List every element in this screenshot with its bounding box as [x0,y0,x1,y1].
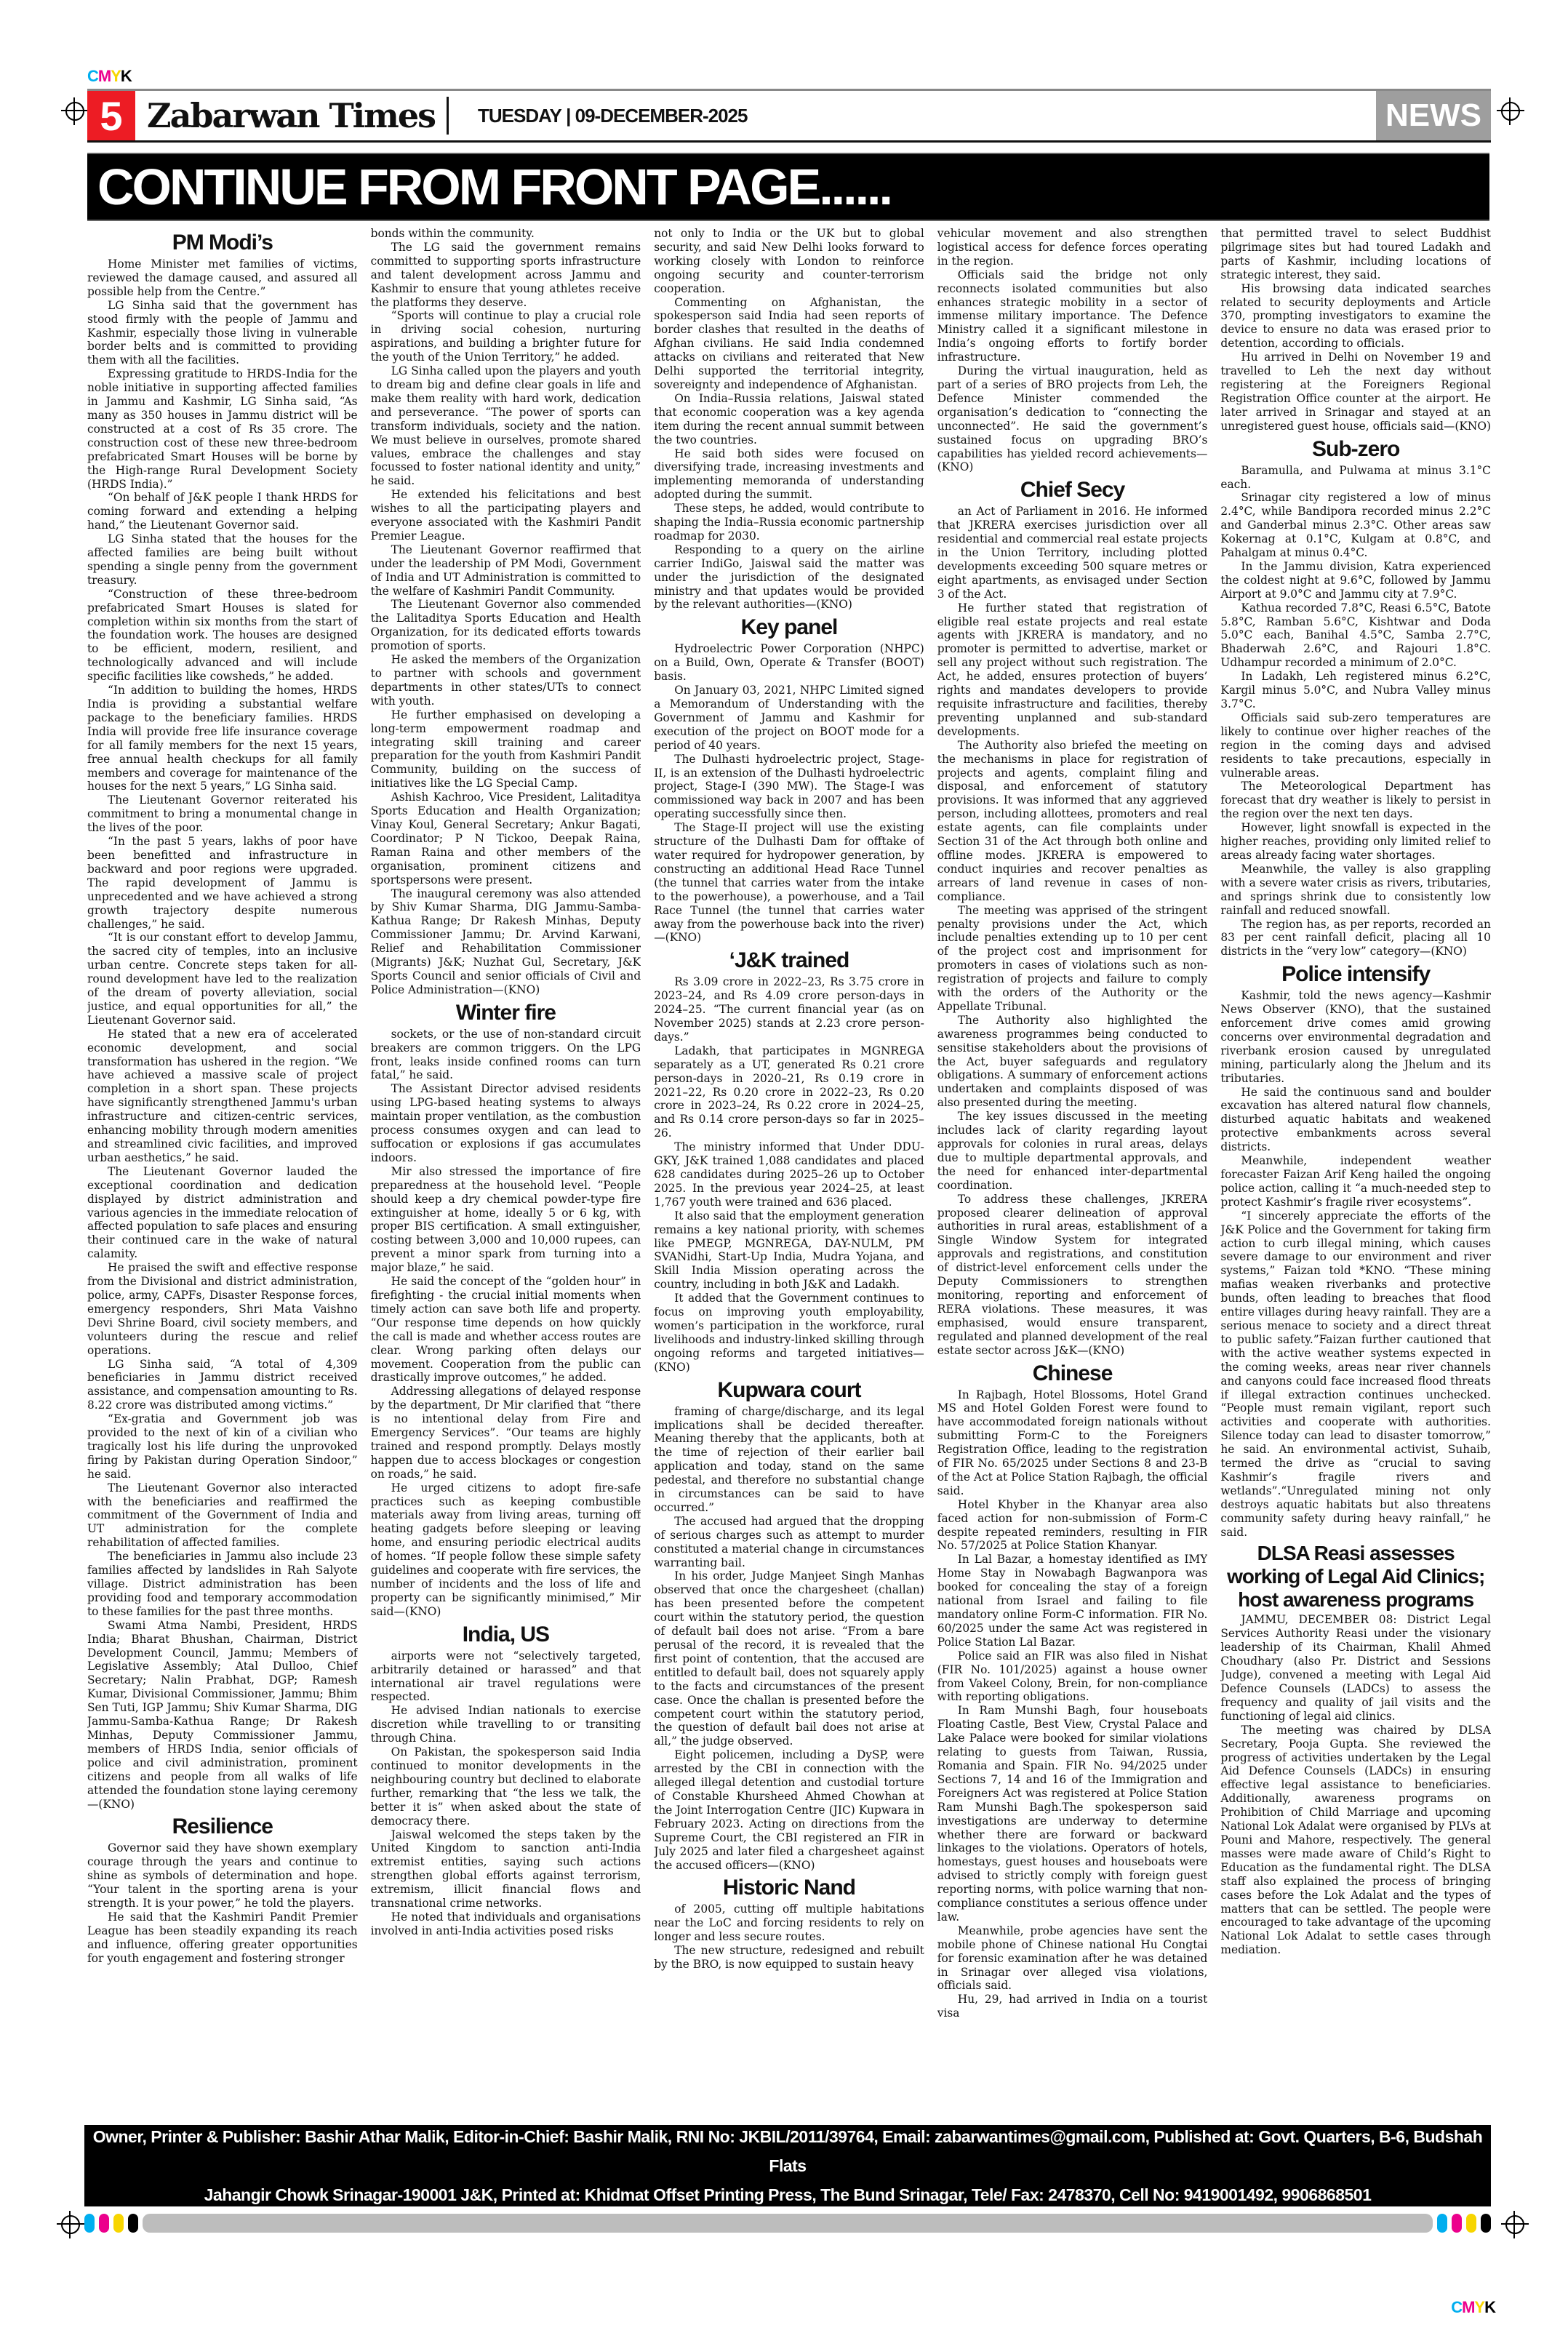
article-paragraph: It also said that the employment generat… [654,1209,924,1292]
article-paragraph: vehicular movement and also strengthen l… [937,227,1208,268]
article-paragraph: “In the past 5 years, lakhs of poor have… [87,835,358,931]
black-dot [128,2214,138,2233]
article-paragraph: He asked the members of the Organization… [371,653,641,708]
article-paragraph: He extended his felicitations and best w… [371,488,641,543]
article-paragraph: “Construction of these three-bedroom pre… [87,588,358,684]
article-paragraph: In Lal Bazar, a homestay identified as I… [937,1553,1208,1649]
article-headline: Sub-zero [1220,436,1491,463]
article-paragraph: The Authority also briefed the meeting o… [937,739,1208,904]
article-paragraph: These steps, he added, would contribute … [654,502,924,543]
article-paragraph: LG Sinha said, “A total of 4,309 benefic… [87,1358,358,1413]
article-paragraph: of 2005, cutting off multiple habitation… [654,1902,924,1944]
article-paragraph: He said that the Kashmiri Pandit Premier… [87,1910,358,1966]
article-paragraph: The ministry informed that Under DDU-GKY… [654,1140,924,1209]
magenta-dot [1452,2214,1462,2233]
dateline: TUESDAY | 09-DECEMBER-2025 [449,91,1376,140]
cmyk-mark-top: CMYK [87,67,132,86]
article-paragraph: Officials said sub-zero temperatures are… [1220,711,1491,780]
article-paragraph: Governor said they have shown exemplary … [87,1841,358,1910]
column-4: vehicular movement and also strengthen l… [937,227,1208,2096]
article-paragraph: Mir also stressed the importance of fire… [371,1165,641,1275]
grey-bar [143,2214,1433,2233]
article-paragraph: Kashmir, told the news agency—Kashmir Ne… [1220,989,1491,1085]
article-paragraph: Kathua recorded 7.8°C, Reasi 6.5°C, Bato… [1220,601,1491,671]
article-paragraph: airports were not “selectively targeted,… [371,1649,641,1705]
imprint-line-1: Owner, Printer & Publisher: Bashir Athar… [84,2122,1491,2180]
article-paragraph: Srinagar city registered a low of minus … [1220,491,1491,560]
article-paragraph: He said the continuous sand and boulder … [1220,1086,1491,1155]
day-label: TUESDAY [478,105,561,127]
magenta-dot [99,2214,109,2233]
registration-mark-icon [65,102,84,121]
article-paragraph: Addressing allegations of delayed respon… [371,1385,641,1481]
article-paragraph: In Ladakh, Leh registered minus 6.2°C, K… [1220,670,1491,711]
article-paragraph: He praised the swift and effective respo… [87,1261,358,1357]
article-paragraph: The new structure, redesigned and rebuil… [654,1944,924,1972]
article-paragraph: Police said an FIR was also filed in Nis… [937,1649,1208,1705]
article-headline: India, US [371,1622,641,1648]
article-paragraph: In the Jammu division, Katra experienced… [1220,560,1491,601]
article-columns: PM Modi’sHome Minister met families of v… [87,227,1491,2096]
page-number: 5 [87,91,135,140]
column-5: that permitted travel to select Buddhist… [1220,227,1491,2096]
article-paragraph: Hydroelectric Power Corporation (NHPC) o… [654,642,924,684]
article-paragraph: He further emphasised on developing a lo… [371,708,641,791]
article-headline: Winter fire [371,1000,641,1026]
cmyk-m: M [1462,2298,1474,2316]
cmyk-mark-bottom: CMYK [1451,2298,1495,2317]
article-paragraph: Rs 3.09 crore in 2022–23, Rs 3.75 crore … [654,975,924,1044]
article-paragraph: “It is our constant effort to develop Ja… [87,931,358,1027]
article-paragraph: On January 03, 2021, NHPC Limited signed… [654,684,924,753]
article-headline: PM Modi’s [87,230,358,256]
page-banner: CONTINUE FROM FRONT PAGE...... [87,153,1489,221]
registration-mark-icon [1505,2215,1524,2234]
cmyk-m: M [98,67,111,85]
article-paragraph: Swami Atma Nambi, President, HRDS India;… [87,1619,358,1812]
article-paragraph: The Assistant Director advised residents… [371,1082,641,1164]
section-tab-news: NEWS [1376,91,1491,140]
article-paragraph: Hu, 29, had arrived in India on a touris… [937,1993,1208,2020]
article-headline: Police intensify [1220,961,1491,988]
article-headline: Key panel [654,615,924,641]
article-paragraph: Meanwhile, probe agencies have sent the … [937,1924,1208,1993]
imprint-line-2: Jahangir Chowk Srinagar-190001 J&K, Prin… [84,2180,1491,2209]
yellow-dot [1466,2214,1476,2233]
article-paragraph: “In addition to building the homes, HRDS… [87,684,358,793]
article-paragraph: He stated that a new era of accelerated … [87,1028,358,1165]
article-paragraph: not only to India or the UK but to globa… [654,227,924,296]
article-paragraph: He further stated that registration of e… [937,601,1208,739]
article-paragraph: It added that the Government continues t… [654,1292,924,1374]
article-paragraph: Meanwhile, the valley is also grappling … [1220,863,1491,918]
newspaper-name: Zabarwan Times [135,97,449,135]
article-paragraph: On Pakistan, the spokesperson said India… [371,1745,641,1828]
article-paragraph: He noted that individuals and organisati… [371,1910,641,1938]
article-headline: Resilience [87,1814,358,1840]
article-paragraph: bonds within the community. [371,227,641,241]
article-paragraph: Ladakh, that participates in MGNREGA sep… [654,1044,924,1140]
article-headline: ‘J&K trained [654,948,924,974]
article-headline: Kupwara court [654,1377,924,1404]
article-paragraph: LG Sinha said that the government has st… [87,299,358,368]
article-paragraph: The key issues discussed in the meeting … [937,1110,1208,1192]
article-headline: DLSA Reasi assesses working of Legal Aid… [1220,1542,1491,1612]
article-paragraph: The Lieutenant Governor lauded the excep… [87,1165,358,1261]
cyan-dot [84,2214,95,2233]
article-paragraph: The meeting was apprised of the stringen… [937,904,1208,1014]
cmyk-y: Y [1474,2298,1484,2316]
article-paragraph: LG Sinha stated that the houses for the … [87,532,358,588]
article-paragraph: The Lieutenant Governor reiterated his c… [87,793,358,835]
article-paragraph: “Sports will continue to play a crucial … [371,309,641,364]
article-paragraph: The Stage-II project will use the existi… [654,821,924,945]
article-paragraph: He said both sides were focused on diver… [654,447,924,503]
article-paragraph: Commenting on Afghanistan, the spokesper… [654,296,924,392]
article-paragraph: Hotel Khyber in the Khanyar area also fa… [937,1498,1208,1553]
cmyk-y: Y [111,67,121,85]
article-paragraph: Ashish Kachroo, Vice President, Lalitadi… [371,791,641,887]
article-paragraph: an Act of Parliament in 2016. He informe… [937,505,1208,601]
column-1: PM Modi’sHome Minister met families of v… [87,227,358,2096]
article-paragraph: Eight policemen, including a DySP, were … [654,1748,924,1872]
cmyk-k: K [121,67,132,85]
article-paragraph: The Lieutenant Governor reaffirmed that … [371,543,641,599]
column-2: bonds within the community.The LG said t… [371,227,641,2096]
registration-mark-icon [1501,102,1520,121]
article-paragraph: He said the concept of the “golden hour”… [371,1275,641,1385]
imprint-footer: Owner, Printer & Publisher: Bashir Athar… [84,2125,1491,2206]
article-paragraph: His browsing data indicated searches rel… [1220,282,1491,351]
article-paragraph: The accused had argued that the dropping… [654,1515,924,1570]
article-paragraph: However, light snowfall is expected in t… [1220,821,1491,863]
article-paragraph: JAMMU, DECEMBER 08: District Legal Servi… [1220,1613,1491,1723]
article-paragraph: The inaugural ceremony was also attended… [371,887,641,997]
article-headline: Chinese [937,1361,1208,1387]
masthead: 5 Zabarwan Times TUESDAY | 09-DECEMBER-2… [87,89,1491,143]
article-paragraph: sockets, or the use of non-standard circ… [371,1028,641,1083]
article-paragraph: Meanwhile, independent weather forecaste… [1220,1154,1491,1209]
article-paragraph: “Ex-gratia and Government job was provid… [87,1412,358,1481]
article-paragraph: The Lieutenant Governor also interacted … [87,1481,358,1550]
cmyk-c: C [87,67,98,85]
article-paragraph: The Meteorological Department has foreca… [1220,780,1491,821]
article-paragraph: Hu arrived in Delhi on November 19 and t… [1220,351,1491,433]
article-paragraph: In his order, Judge Manjeet Singh Manhas… [654,1569,924,1748]
article-paragraph: In Rajbagh, Hotel Blossoms, Hotel Grand … [937,1388,1208,1498]
article-paragraph: The LG said the government remains commi… [371,241,641,310]
article-paragraph: In Ram Munshi Bagh, four houseboats Floa… [937,1704,1208,1924]
article-paragraph: Jaiswal welcomed the steps taken by the … [371,1828,641,1910]
article-paragraph: The region has, as per reports, recorded… [1220,918,1491,959]
article-paragraph: Responding to a query on the airline car… [654,543,924,612]
cyan-dot [1437,2214,1447,2233]
article-paragraph: LG Sinha called upon the players and you… [371,364,641,488]
date-label: 09-DECEMBER-2025 [575,105,748,127]
cmyk-c: C [1451,2298,1462,2316]
article-paragraph: The Dulhasti hydroelectric project, Stag… [654,753,924,822]
date-separator: | [566,105,570,127]
cmyk-k: K [1484,2298,1495,2316]
article-paragraph: The beneficiaries in Jammu also include … [87,1550,358,1619]
article-paragraph: Baramulla, and Pulwama at minus 3.1°C ea… [1220,464,1491,492]
column-3: not only to India or the UK but to globa… [654,227,924,2096]
yellow-dot [113,2214,124,2233]
article-headline: Historic Nand [654,1875,924,1901]
article-paragraph: “On behalf of J&K people I thank HRDS fo… [87,491,358,532]
article-headline: Chief Secy [937,477,1208,503]
article-paragraph: Expressing gratitude to HRDS-India for t… [87,367,358,491]
article-paragraph: He urged citizens to adopt fire-safe pra… [371,1481,641,1619]
color-registration-bar [84,2212,1491,2234]
article-paragraph: that permitted travel to select Buddhist… [1220,227,1491,282]
article-paragraph: “I sincerely appreciate the efforts of t… [1220,1209,1491,1540]
article-paragraph: On India–Russia relations, Jaiswal state… [654,392,924,447]
article-paragraph: To address these challenges, JKRERA prop… [937,1193,1208,1358]
black-dot [1481,2214,1491,2233]
article-paragraph: The Lieutenant Governor also commended t… [371,598,641,653]
article-paragraph: Home Minister met families of victims, r… [87,257,358,299]
article-paragraph: He advised Indian nationals to exercise … [371,1704,641,1745]
registration-mark-icon [61,2215,80,2234]
article-paragraph: The meeting was chaired by DLSA Secretar… [1220,1724,1491,1957]
article-paragraph: framing of charge/discharge, and its leg… [654,1405,924,1515]
article-paragraph: Officials said the bridge not only recon… [937,268,1208,364]
article-paragraph: The Authority also highlighted the aware… [937,1014,1208,1110]
article-paragraph: During the virtual inauguration, held as… [937,364,1208,474]
